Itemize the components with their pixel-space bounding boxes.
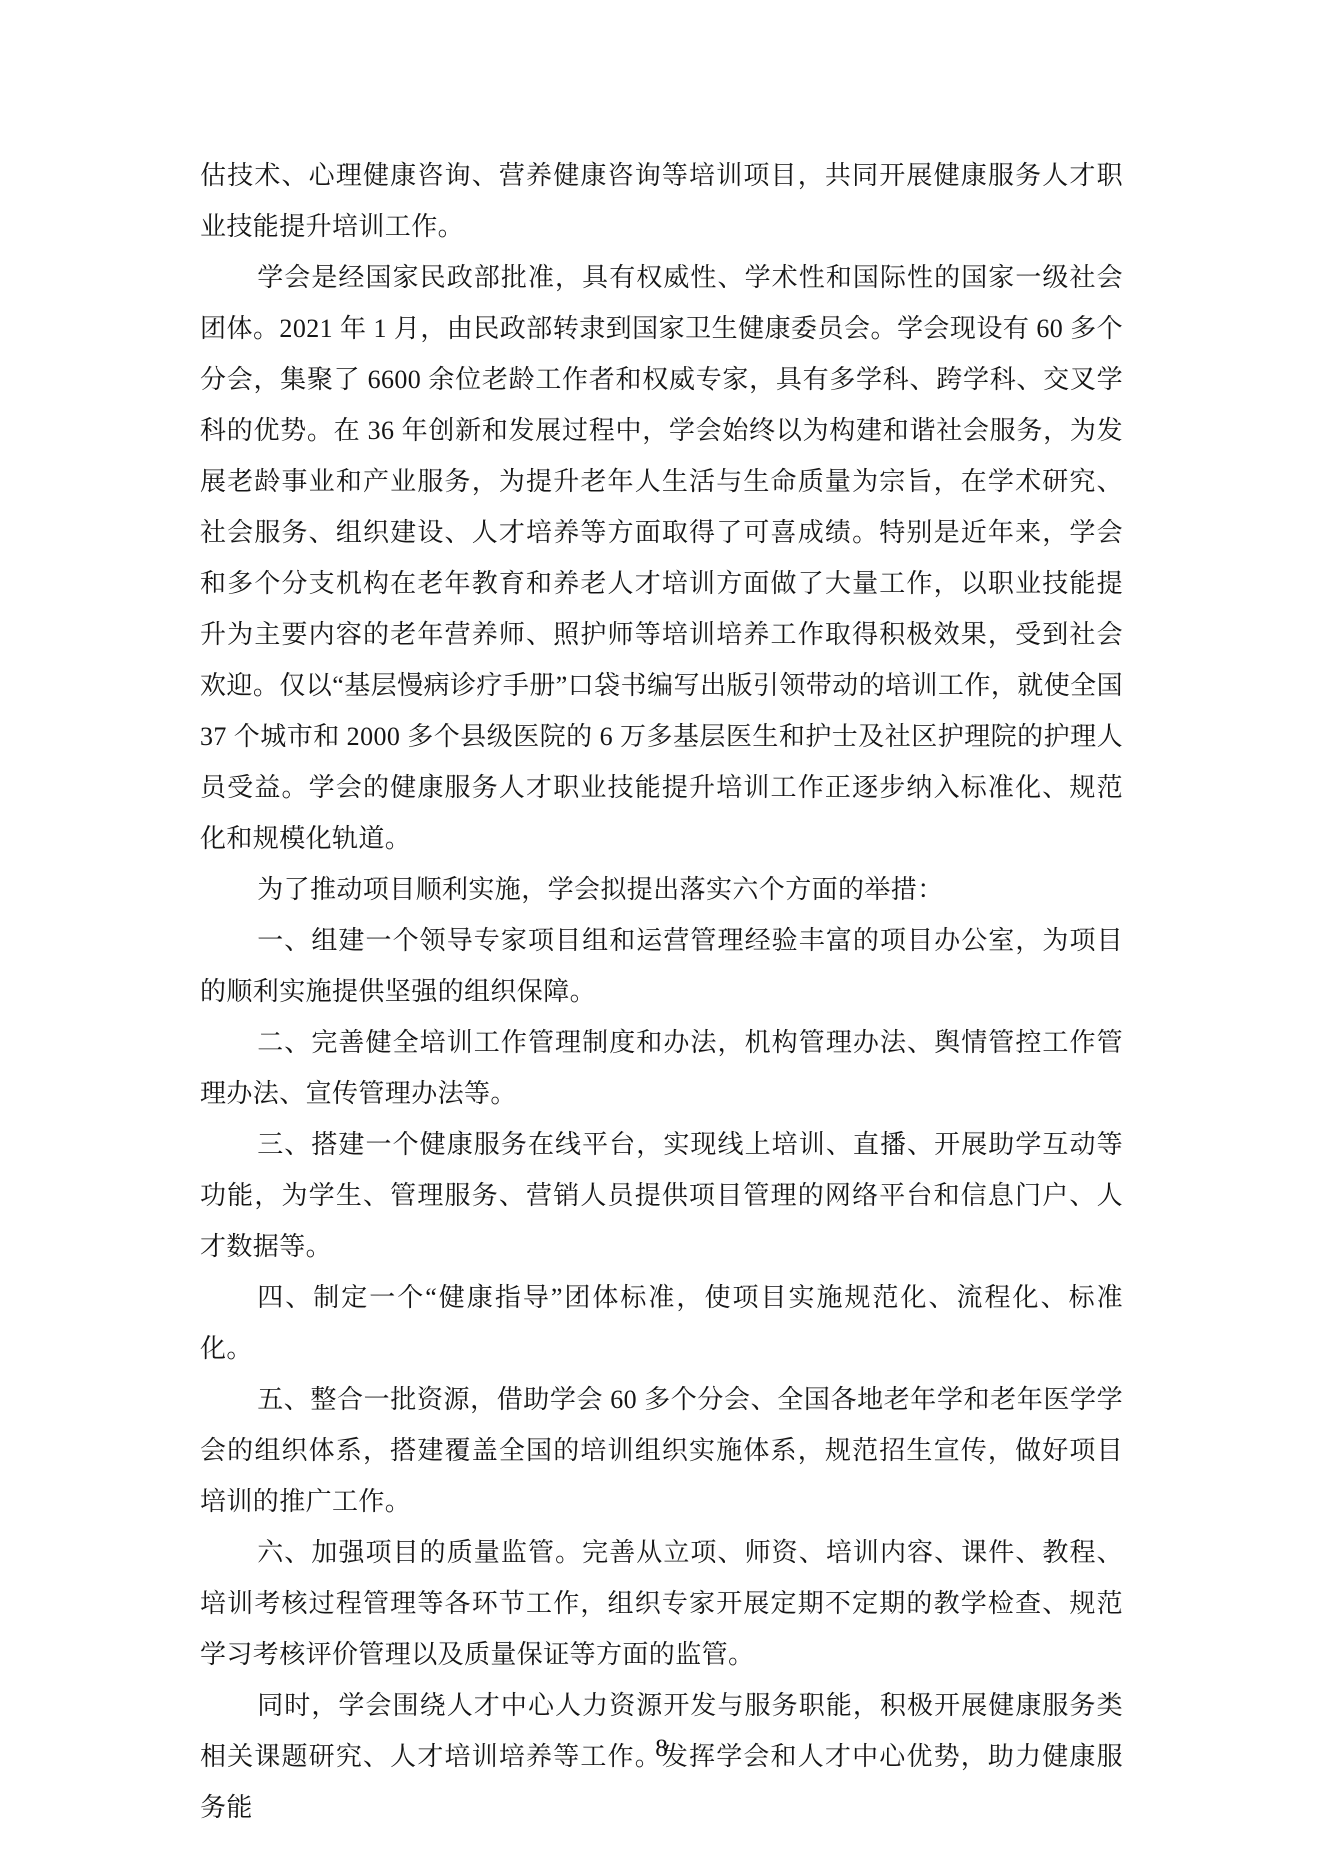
paragraph: 一、组建一个领导专家项目组和运营管理经验丰富的项目办公室，为项目的顺利实施提供坚… (200, 915, 1123, 1017)
paragraph: 估技术、心理健康咨询、营养健康咨询等培训项目，共同开展健康服务人才职业技能提升培… (200, 150, 1123, 252)
paragraph: 五、整合一批资源，借助学会 60 多个分会、全国各地老年学和老年医学学会的组织体… (200, 1374, 1123, 1527)
page-number: 8 (655, 1735, 668, 1762)
page-footer: 8 (0, 1733, 1323, 1765)
paragraph: 六、加强项目的质量监管。完善从立项、师资、培训内容、课件、教程、培训考核过程管理… (200, 1527, 1123, 1680)
paragraph: 三、搭建一个健康服务在线平台，实现线上培训、直播、开展助学互动等功能，为学生、管… (200, 1119, 1123, 1272)
document-page: 估技术、心理健康咨询、营养健康咨询等培训项目，共同开展健康服务人才职业技能提升培… (0, 0, 1323, 1871)
paragraph: 为了推动项目顺利实施，学会拟提出落实六个方面的举措： (200, 864, 1123, 915)
document-body: 估技术、心理健康咨询、营养健康咨询等培训项目，共同开展健康服务人才职业技能提升培… (200, 150, 1123, 1833)
paragraph: 四、制定一个“健康指导”团体标准，使项目实施规范化、流程化、标准化。 (200, 1272, 1123, 1374)
paragraph: 二、完善健全培训工作管理制度和办法，机构管理办法、舆情管控工作管理办法、宣传管理… (200, 1017, 1123, 1119)
paragraph: 学会是经国家民政部批准，具有权威性、学术性和国际性的国家一级社会团体。2021 … (200, 252, 1123, 864)
